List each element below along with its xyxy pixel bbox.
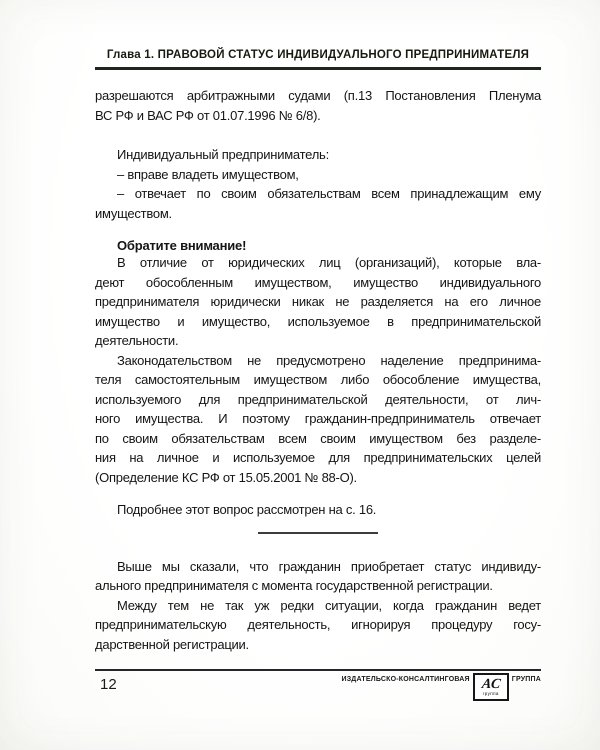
text-line: предпринимателя юридически никак не разд… — [95, 292, 541, 312]
page-content: Глава 1. ПРАВОВОЙ СТАТУС ИНДИВИДУАЛЬНОГО… — [95, 0, 541, 654]
paragraph-ip-heading: Индивидуальный предприниматель: — [95, 145, 541, 165]
text-line: по своим обязательствам всем своим имуще… — [95, 429, 541, 449]
text-line: ного имущества. И поэтому гражданин-пред… — [95, 409, 541, 429]
paragraph-ignoring: Между тем не так уж редки ситуации, когд… — [95, 596, 541, 655]
publisher-label-left: ИЗДАТЕЛЬСКО-КОНСАЛТИНГОВАЯ — [341, 676, 469, 683]
page-number: 12 — [100, 676, 117, 693]
text-line: разрешаются арбитражными судами (п.13 По… — [95, 86, 541, 106]
text-line: – отвечает по своим обязательствам всем … — [95, 184, 541, 204]
text-line: Подробнее этот вопрос рассмотрен на с. 1… — [95, 500, 541, 520]
publisher-logo-icon: АС группа — [473, 673, 509, 701]
text-line: имущество и имущество, используемое в пр… — [95, 312, 541, 332]
bullet-own-property: – вправе владеть имуществом, — [95, 165, 541, 185]
text-line: используемого для предпринимательской де… — [95, 390, 541, 410]
text-line: дарственной регистрации. — [95, 635, 541, 655]
text-line: теля самостоятельным имуществом либо обо… — [95, 370, 541, 390]
text-line: Выше мы сказали, что гражданин приобрета… — [95, 557, 541, 577]
chapter-heading: Глава 1. ПРАВОВОЙ СТАТУС ИНДИВИДУАЛЬНОГО… — [95, 49, 541, 70]
publisher-label-right: ГРУППА — [512, 676, 541, 683]
text-line: – вправе владеть имуществом, — [95, 165, 541, 185]
logo-monogram: АС — [481, 678, 501, 691]
text-line: Между тем не так уж редки ситуации, когд… — [95, 596, 541, 616]
text-line: ВС РФ и ВАС РФ от 01.07.1996 № 6/8). — [95, 106, 541, 126]
paragraph-courts: разрешаются арбитражными судами (п.13 По… — [95, 86, 541, 125]
section-divider — [258, 532, 378, 534]
paragraph-status: Выше мы сказали, что гражданин приобрета… — [95, 557, 541, 596]
text-line: деют обособленным имуществом, имущество … — [95, 273, 541, 293]
paragraph-see-more: Подробнее этот вопрос рассмотрен на с. 1… — [95, 500, 541, 520]
text-line: предпринимательскую деятельность, игнори… — [95, 615, 541, 635]
bullet-liability: – отвечает по своим обязательствам всем … — [95, 184, 541, 223]
footer: 12 ИЗДАТЕЛЬСКО-КОНСАЛТИНГОВАЯ АС группа … — [95, 671, 541, 701]
note-paragraph-1: В отличие от юридических лиц (организаци… — [95, 253, 541, 351]
publisher-block: ИЗДАТЕЛЬСКО-КОНСАЛТИНГОВАЯ АС группа ГРУ… — [341, 674, 541, 701]
text-line: деятельности. — [95, 331, 541, 351]
text-line: Законодательством не предусмотрено надел… — [95, 351, 541, 371]
scanned-book-page: Глава 1. ПРАВОВОЙ СТАТУС ИНДИВИДУАЛЬНОГО… — [0, 0, 600, 750]
note-title: Обратите внимание! — [95, 238, 541, 253]
text-line: ального предпринимателя с момента госуда… — [95, 576, 541, 596]
text-line: имуществом. — [95, 204, 541, 224]
text-line: Индивидуальный предприниматель: — [95, 145, 541, 165]
note-paragraph-2: Законодательством не предусмотрено надел… — [95, 351, 541, 488]
text-line: ния на личное и используемое для предпри… — [95, 448, 541, 468]
text-line: (Определение КС РФ от 15.05.2001 № 88-О)… — [95, 468, 541, 488]
text-line: В отличие от юридических лиц (организаци… — [95, 253, 541, 273]
footer-rule: 12 ИЗДАТЕЛЬСКО-КОНСАЛТИНГОВАЯ АС группа … — [95, 669, 541, 701]
